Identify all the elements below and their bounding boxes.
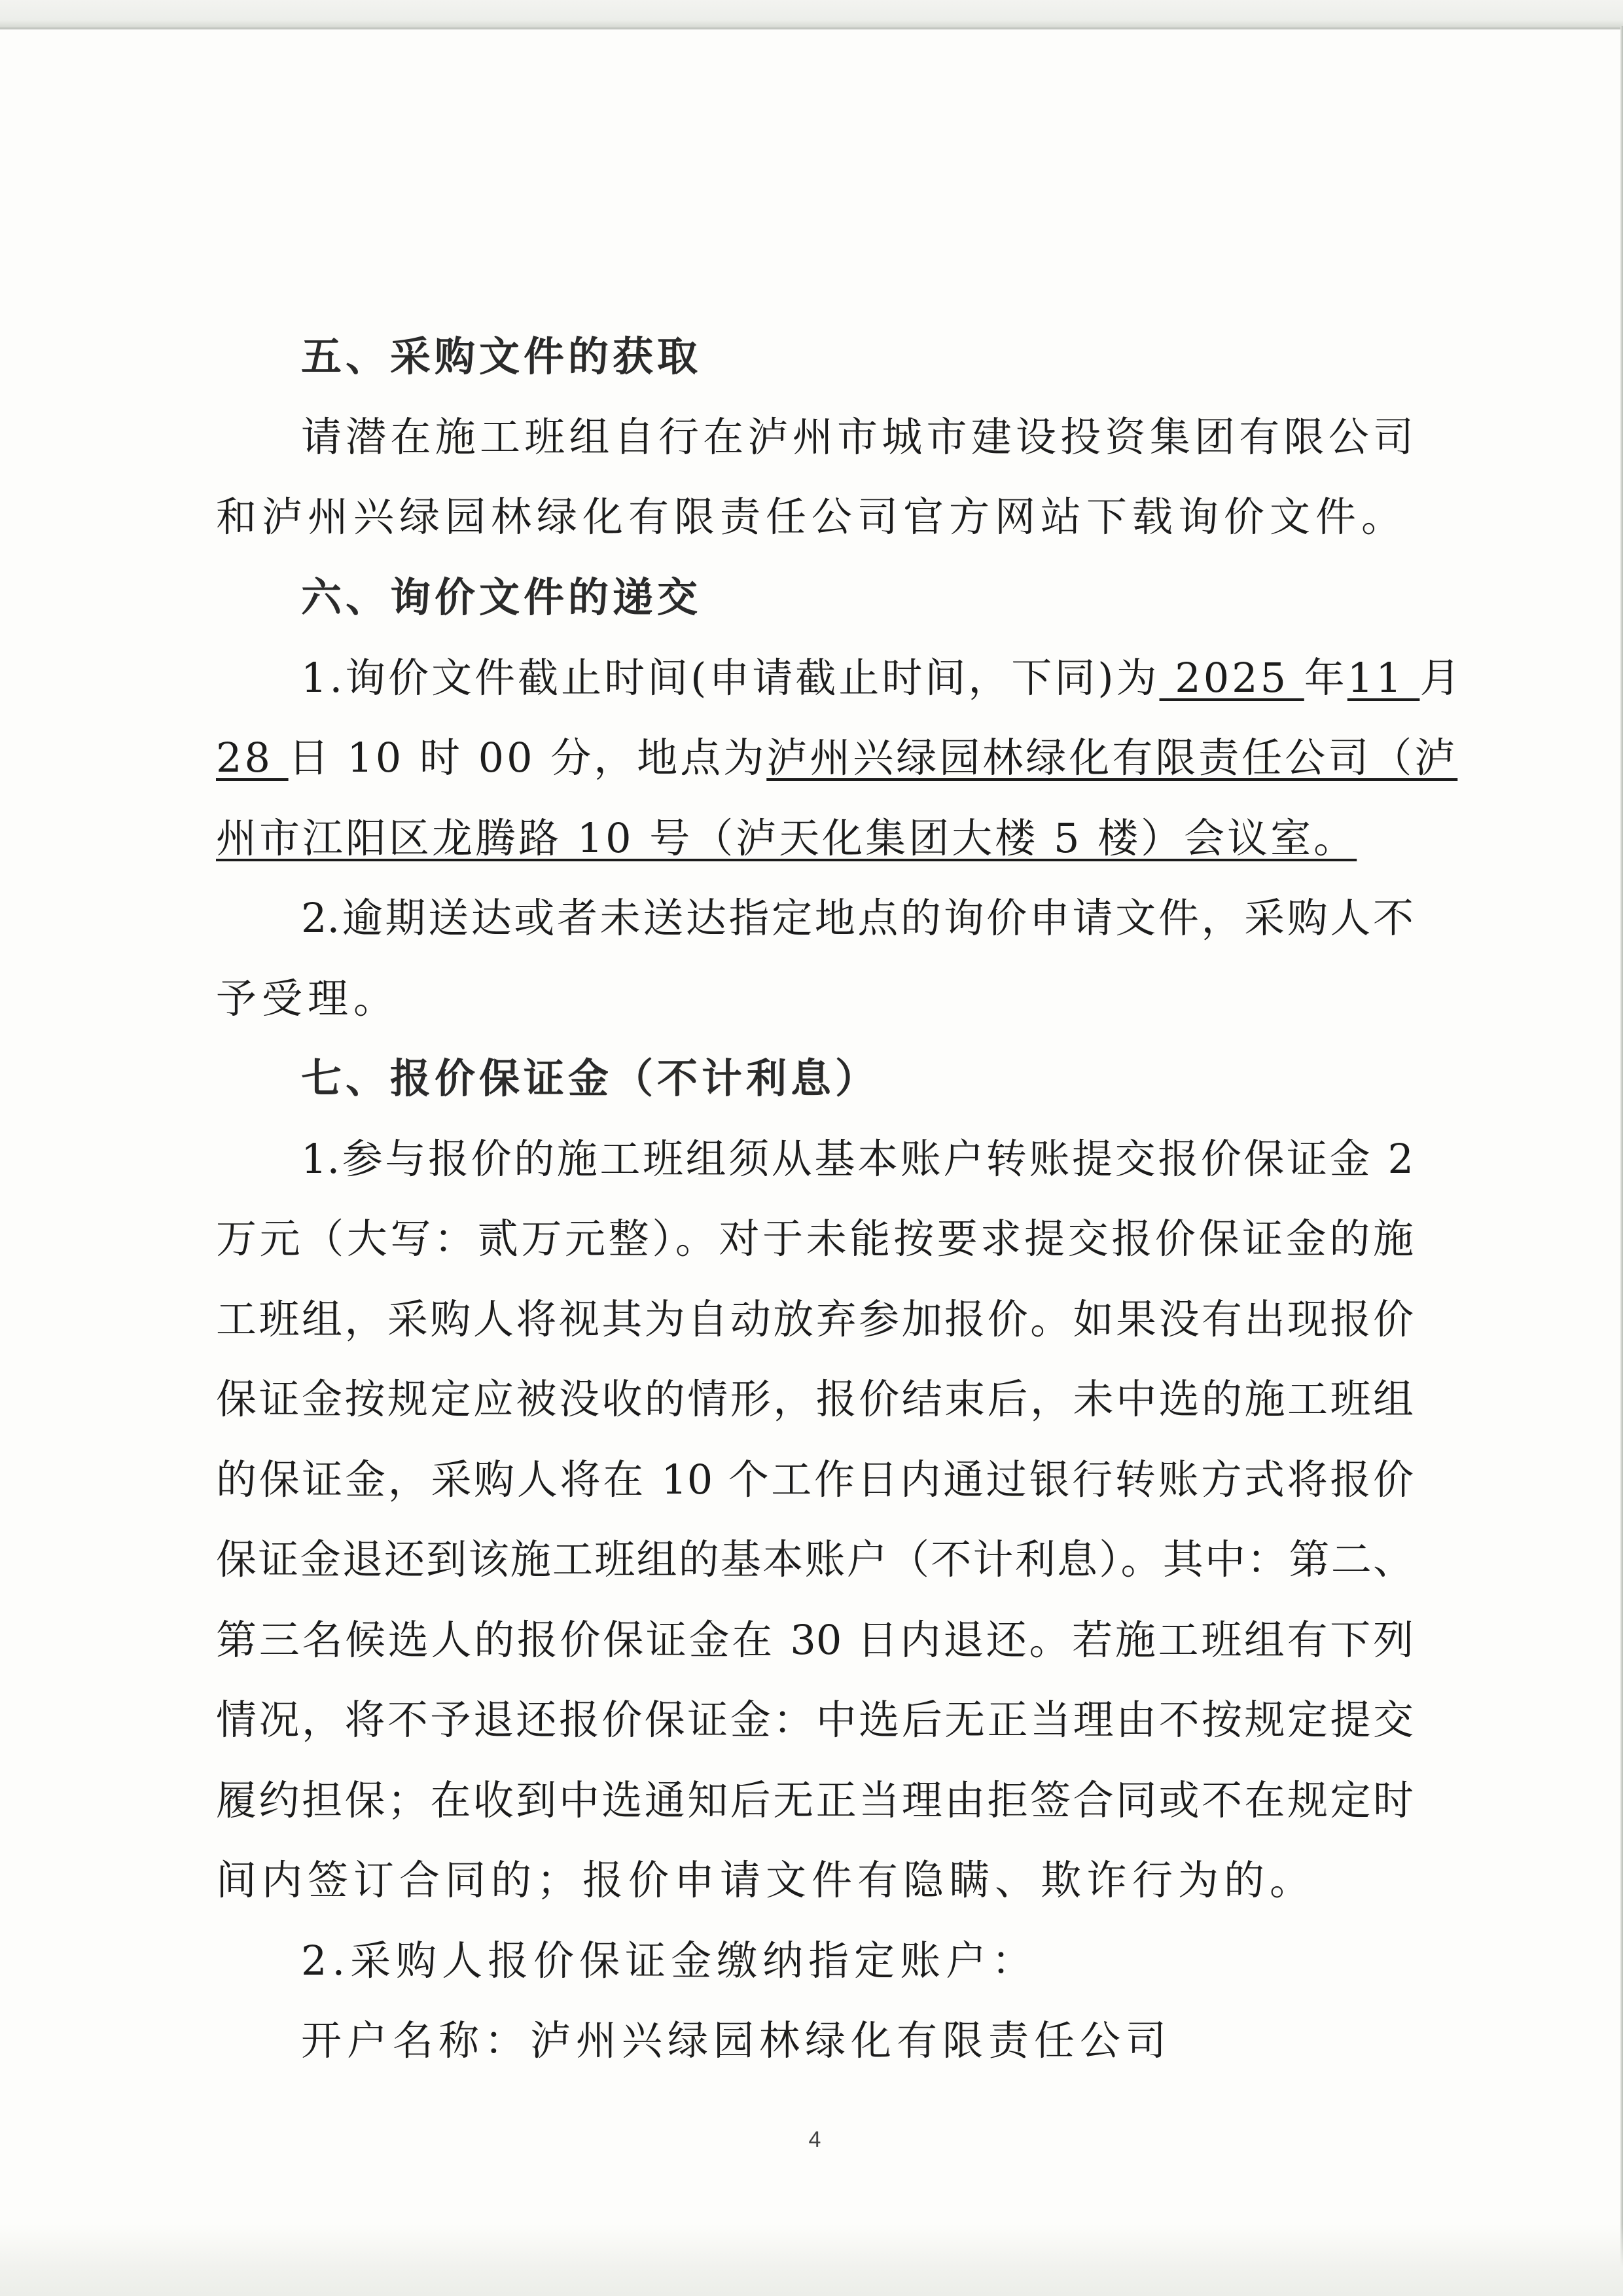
paragraph-line: 保证金按规定应被没收的情形，报价结束后，未中选的施工班组 — [216, 1373, 1414, 1426]
paragraph-line: 予受理。 — [216, 973, 1414, 1025]
paragraph-line: 2.逾期送达或者未送达指定地点的询价申请文件，采购人不 — [216, 892, 1414, 944]
deadline-prefix: 1.询价文件截止时间(申请截止时间，下同)为 — [301, 654, 1160, 702]
section-heading-7: 七、报价保证金（不计利息） — [216, 1052, 1414, 1105]
deadline-line-2: 28 日 10 时 00 分，地点为泸州兴绿园林绿化有限责任公司（泸 — [216, 732, 1414, 784]
location-part-2: 州市江阳区龙腾路 10 号（泸天化集团大楼 5 楼）会议室。 — [216, 814, 1357, 862]
deadline-line-3: 州市江阳区龙腾路 10 号（泸天化集团大楼 5 楼）会议室。 — [216, 812, 1414, 865]
deposit-account-heading: 2.采购人报价保证金缴纳指定账户： — [216, 1935, 1414, 1987]
paragraph-line: 1.参与报价的施工班组须从基本账户转账提交报价保证金 2 — [216, 1133, 1414, 1185]
paragraph-line: 情况，将不予退还报价保证金：中选后无正当理由不按规定提交 — [216, 1694, 1414, 1746]
month-suffix: 月 — [1419, 654, 1463, 702]
paragraph-line: 和泸州兴绿园林绿化有限责任公司官方网站下载询价文件。 — [216, 491, 1414, 543]
scan-top-shadow — [0, 0, 1623, 29]
section-heading-5: 五、采购文件的获取 — [216, 331, 1414, 383]
deadline-month: 11 — [1347, 654, 1420, 702]
paragraph-line: 履约担保；在收到中选通知后无正当理由拒签合同或不在规定时 — [216, 1774, 1414, 1827]
page-number: 4 — [802, 2127, 828, 2153]
deadline-day: 28 — [216, 734, 289, 781]
section-heading-6: 六、询价文件的递交 — [216, 571, 1414, 624]
heading-text: 六、询价文件的递交 — [301, 573, 702, 621]
year-suffix: 年 — [1304, 654, 1347, 702]
deadline-line-1: 1.询价文件截止时间(申请截止时间，下同)为 2025 年11 月 — [216, 652, 1414, 704]
scan-right-edge — [1620, 26, 1623, 2296]
location-part-1: 泸州兴绿园林绿化有限责任公司（泸 — [766, 734, 1457, 781]
account-name: 开户名称：泸州兴绿园林绿化有限责任公司 — [216, 2015, 1414, 2067]
paragraph-line: 工班组，采购人将视其为自动放弃参加报价。如果没有出现报价 — [216, 1293, 1414, 1346]
deadline-time-location-label: 日 10 时 00 分，地点为 — [289, 734, 767, 781]
paragraph-line: 间内签订合同的；报价申请文件有隐瞒、欺诈行为的。 — [216, 1854, 1414, 1907]
paragraph-line: 万元（大写：贰万元整）。对于未能按要求提交报价保证金的施 — [216, 1213, 1414, 1265]
paragraph-line: 请潜在施工班组自行在泸州市城市建设投资集团有限公司 — [216, 411, 1414, 463]
paragraph-line: 保证金退还到该施工班组的基本账户（不计利息）。其中：第二、 — [216, 1534, 1414, 1586]
paragraph-line: 第三名候选人的报价保证金在 30 日内退还。若施工班组有下列 — [216, 1614, 1414, 1666]
scan-top-edge — [0, 27, 1623, 29]
scan-bottom-shadow — [0, 2224, 1623, 2296]
deadline-year: 2025 — [1160, 654, 1304, 702]
paragraph-line: 的保证金，采购人将在 10 个工作日内通过银行转账方式将报价 — [216, 1454, 1414, 1506]
